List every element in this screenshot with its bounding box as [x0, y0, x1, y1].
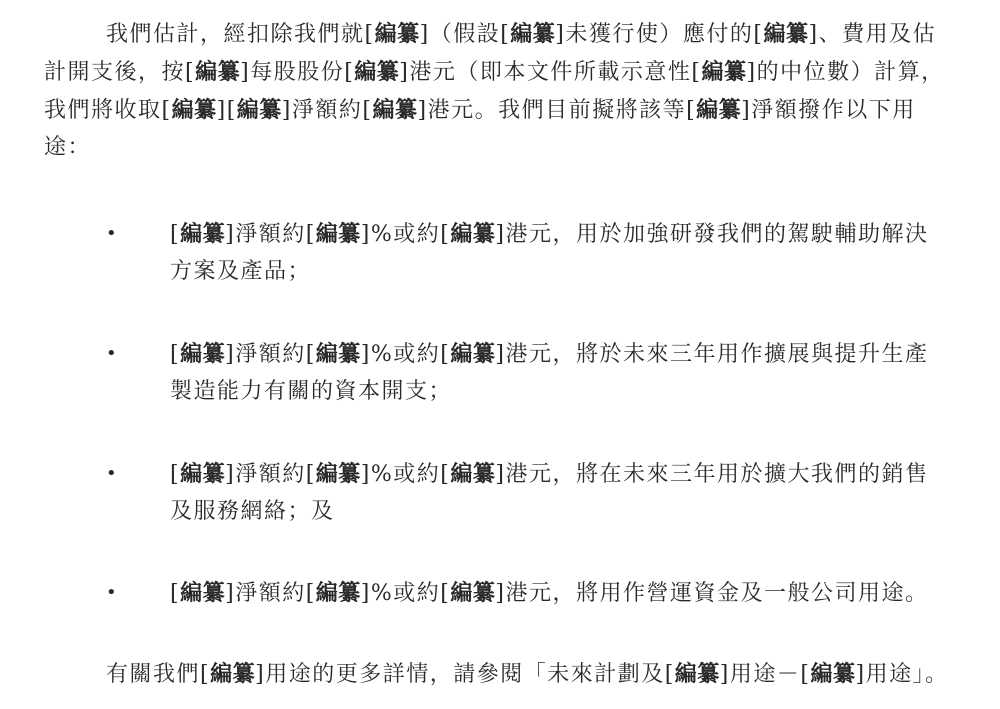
redaction-marker: 編纂 — [696, 97, 741, 123]
paragraph-line: 我們將收取[編纂][編纂]淨額約[編纂]港元。我們目前擬將該等[編纂]淨額撥作以… — [44, 97, 916, 124]
list-item-line: [編纂]淨額約[編纂]%或約[編纂]港元，將用作營運資金及一般公司用途。 — [170, 580, 928, 607]
redaction-marker: 編纂 — [763, 21, 808, 47]
bullet-icon: • — [106, 461, 117, 487]
redaction-marker: 編纂 — [316, 341, 361, 367]
redaction-marker: 編纂 — [237, 97, 282, 123]
redaction-marker: 編纂 — [180, 580, 225, 606]
redaction-marker: 編纂 — [316, 580, 361, 606]
redaction-marker: 編纂 — [180, 221, 225, 247]
list-item-line: [編纂]淨額約[編纂]%或約[編纂]港元，將在未來三年用於擴大我們的銷售 — [170, 461, 928, 488]
list-item-line: [編纂]淨額約[編纂]%或約[編纂]港元，將於未來三年用作擴展與提升生產 — [170, 341, 928, 368]
redaction-marker: 編纂 — [172, 97, 217, 123]
redaction-marker: 編纂 — [450, 580, 495, 606]
paragraph-line: 有關我們[編纂]用途的更多詳情，請參閱「未來計劃及[編纂]用途－[編纂]用途」。 — [106, 661, 949, 688]
redaction-marker: 編纂 — [450, 221, 495, 247]
bullet-icon: • — [106, 341, 117, 367]
list-item-line: 方案及產品； — [170, 259, 311, 285]
redaction-marker: 編纂 — [510, 21, 555, 47]
paragraph-line: 途： — [44, 135, 91, 161]
paragraph-line: 我們估計，經扣除我們就[編纂]（假設[編纂]未獲行使）應付的[編纂]、費用及估 — [106, 21, 936, 48]
redaction-marker: 編纂 — [675, 661, 720, 687]
bullet-icon: • — [106, 580, 117, 606]
redaction-marker: 編纂 — [810, 661, 855, 687]
redaction-marker: 編纂 — [450, 461, 495, 487]
redaction-marker: 編纂 — [195, 59, 240, 85]
redaction-marker: 編纂 — [180, 341, 225, 367]
redaction-marker: 編纂 — [375, 21, 420, 47]
redaction-marker: 編纂 — [354, 59, 399, 85]
redaction-marker: 編纂 — [316, 461, 361, 487]
redaction-marker: 編纂 — [701, 59, 746, 85]
redaction-marker: 編纂 — [450, 341, 495, 367]
redaction-marker: 編纂 — [180, 461, 225, 487]
redaction-marker: 編纂 — [210, 661, 255, 687]
redaction-marker: 編纂 — [316, 221, 361, 247]
list-item-line: 製造能力有關的資本開支； — [170, 379, 452, 405]
list-item-line: [編纂]淨額約[編纂]%或約[編纂]港元，用於加強研發我們的駕駛輔助解決 — [170, 221, 928, 248]
bullet-icon: • — [106, 221, 117, 247]
redaction-marker: 編纂 — [372, 97, 417, 123]
list-item-line: 及服務網絡；及 — [170, 499, 335, 525]
paragraph-line: 計開支後，按[編纂]每股股份[編纂]港元（即本文件所載示意性[編纂]的中位數）計… — [44, 59, 945, 86]
